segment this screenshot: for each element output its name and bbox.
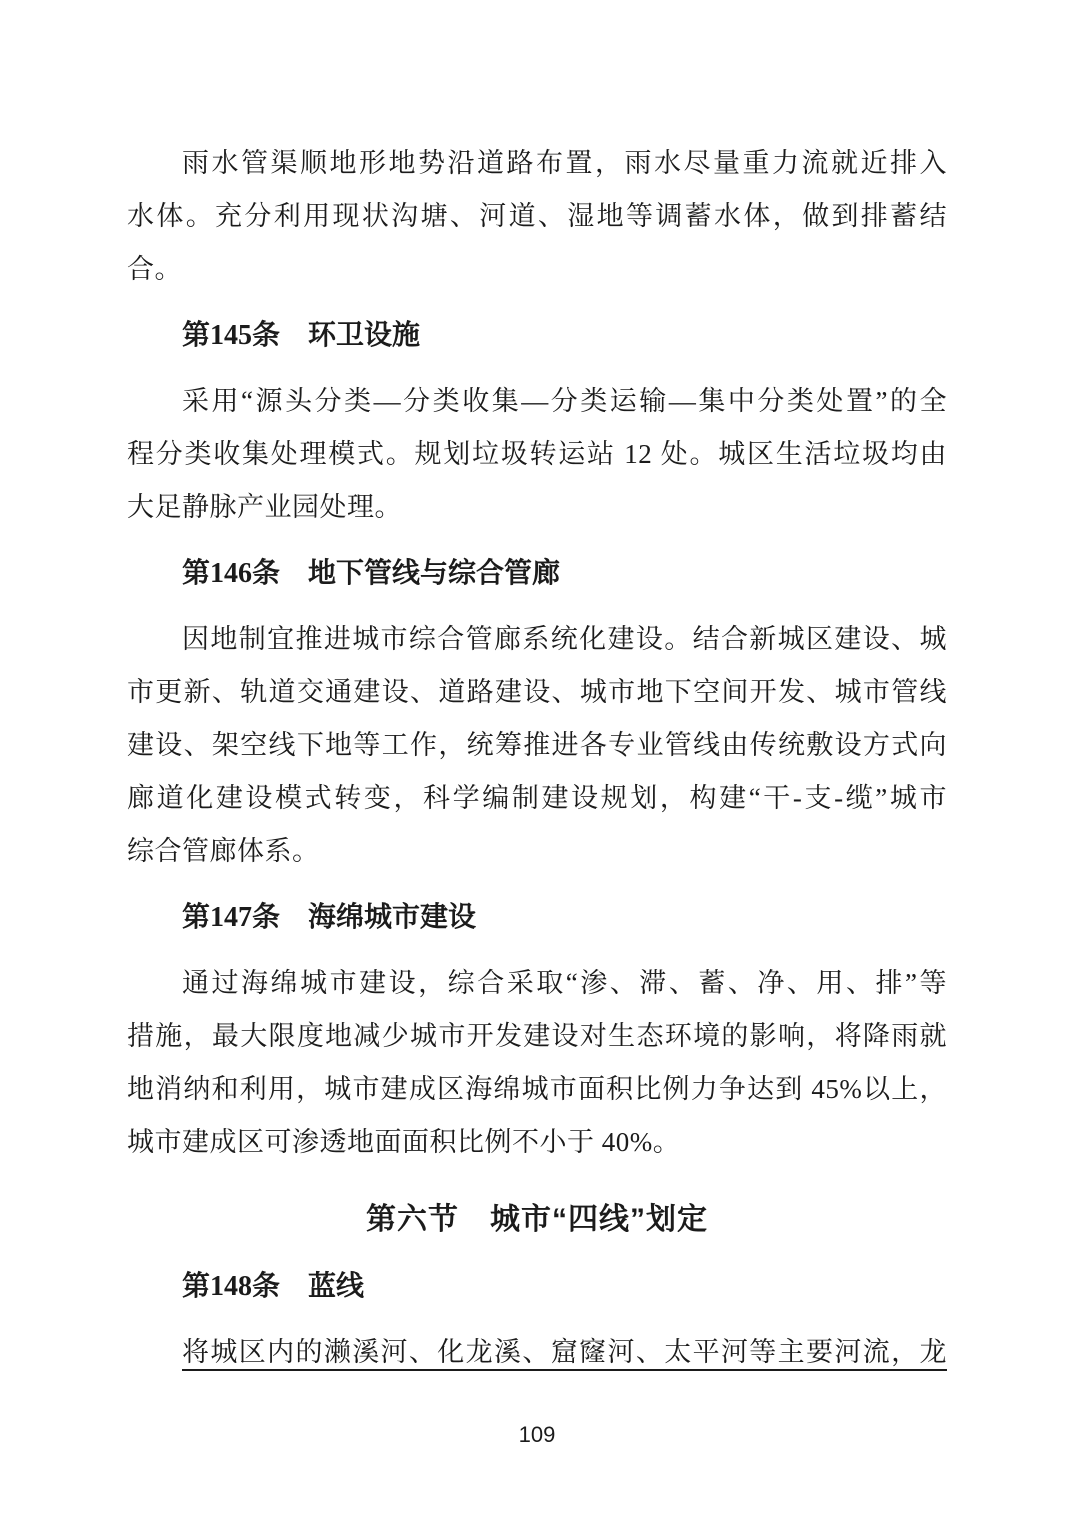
text-line: 城市建成区可渗透地面面积比例不小于 40%。 xyxy=(127,1116,947,1169)
text-line: 大足静脉产业园处理。 xyxy=(127,481,947,534)
text-line: 水体。充分利用现状沟塘、河道、湿地等调蓄水体，做到排蓄结合。 xyxy=(127,190,947,296)
section-6-heading: 第六节 城市“四线”划定 xyxy=(127,1193,947,1246)
text-line: 综合管廊体系。 xyxy=(127,825,947,878)
document-page: 雨水管渠顺地形地势沿道路布置，雨水尽量重力流就近排入 水体。充分利用现状沟塘、河… xyxy=(0,0,1074,1520)
text-line: 措施，最大限度地减少城市开发建设对生态环境的影响，将降雨就 xyxy=(127,1010,947,1063)
text-line: 雨水管渠顺地形地势沿道路布置，雨水尽量重力流就近排入 xyxy=(127,137,947,190)
paragraph-stormwater: 雨水管渠顺地形地势沿道路布置，雨水尽量重力流就近排入 水体。充分利用现状沟塘、河… xyxy=(127,137,947,296)
article-147-heading: 第147条 海绵城市建设 xyxy=(127,891,947,944)
text-line: 通过海绵城市建设，综合采取“渗、滞、蓄、净、用、排”等 xyxy=(127,957,947,1010)
article-145-heading: 第145条 环卫设施 xyxy=(127,309,947,362)
page-number: 109 xyxy=(0,1420,1074,1450)
text-line: 因地制宜推进城市综合管廊系统化建设。结合新城区建设、城 xyxy=(127,613,947,666)
paragraph-utility-corridor: 因地制宜推进城市综合管廊系统化建设。结合新城区建设、城 市更新、轨道交通建设、道… xyxy=(127,613,947,878)
text-line: 程分类收集处理模式。规划垃圾转运站 12 处。城区生活垃圾均由 xyxy=(127,428,947,481)
text-line: 地消纳和利用，城市建成区海绵城市面积比例力争达到 45%以上， xyxy=(127,1063,947,1116)
text-line: 市更新、轨道交通建设、道路建设、城市地下空间开发、城市管线 xyxy=(127,666,947,719)
text-line: 建设、架空线下地等工作，统筹推进各专业管线由传统敷设方式向 xyxy=(127,719,947,772)
paragraph-blue-line: 将城区内的濑溪河、化龙溪、窟窿河、太平河等主要河流，龙 xyxy=(127,1326,947,1379)
text-line: 采用“源头分类—分类收集—分类运输—集中分类处置”的全 xyxy=(127,375,947,428)
article-146-heading: 第146条 地下管线与综合管廊 xyxy=(127,547,947,600)
text-line: 将城区内的濑溪河、化龙溪、窟窿河、太平河等主要河流，龙 xyxy=(127,1326,947,1379)
text-line: 廊道化建设模式转变，科学编制建设规划，构建“干-支-缆”城市 xyxy=(127,772,947,825)
article-148-heading: 第148条 蓝线 xyxy=(127,1260,947,1313)
paragraph-sanitation: 采用“源头分类—分类收集—分类运输—集中分类处置”的全 程分类收集处理模式。规划… xyxy=(127,375,947,534)
paragraph-sponge-city: 通过海绵城市建设，综合采取“渗、滞、蓄、净、用、排”等 措施，最大限度地减少城市… xyxy=(127,957,947,1169)
